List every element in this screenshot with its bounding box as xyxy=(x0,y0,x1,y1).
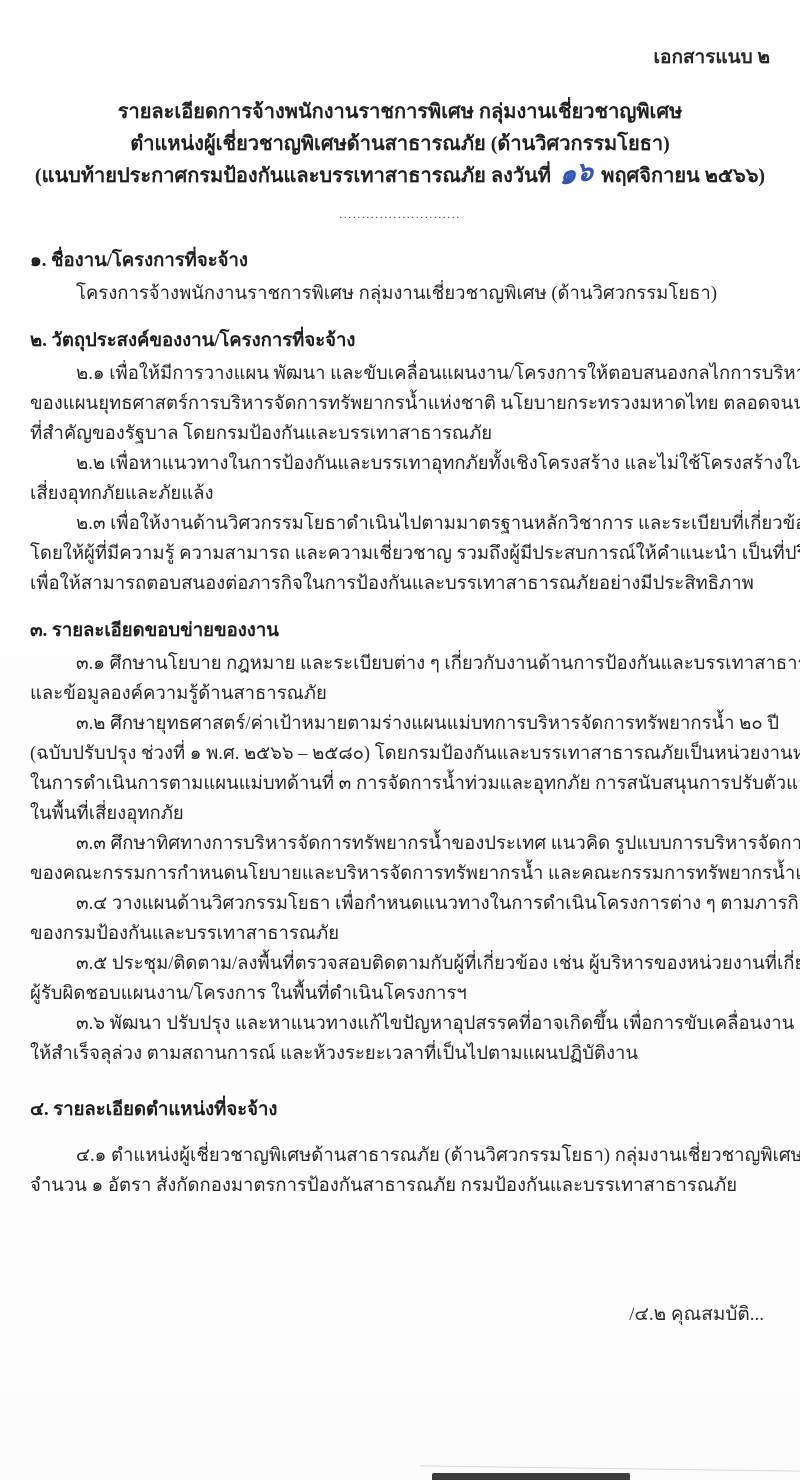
title-line-2: ตำแหน่งผู้เชี่ยวชาญพิเศษด้านสาธารณภัย (ด… xyxy=(30,128,770,160)
paragraph: ๓.๕ ประชุม/ติดตาม/ลงพื้นที่ตรวจสอบติดตาม… xyxy=(30,949,770,1009)
paragraph: โครงการจ้างพนักงานราชการพิเศษ กลุ่มงานเช… xyxy=(30,279,770,309)
section: ๓. รายละเอียดขอบข่ายของงาน๓.๑ ศึกษานโยบา… xyxy=(30,616,770,1069)
text-line: ๔.๑ ตำแหน่งผู้เชี่ยวชาญพิเศษด้านสาธารณภั… xyxy=(30,1141,770,1171)
section: ๔. รายละเอียดตำแหน่งที่จะจ้าง๔.๑ ตำแหน่ง… xyxy=(30,1095,770,1201)
scan-artifact-bar xyxy=(432,1473,630,1480)
text-line: เพื่อให้สามารถตอบสนองต่อภารกิจในการป้องก… xyxy=(30,569,770,599)
text-line: ในพื้นที่เสี่ยงอุทกภัย xyxy=(30,799,770,829)
text-line: ๒.๑ เพื่อให้มีการวางแผน พัฒนา และขับเคลื… xyxy=(30,359,770,389)
section-heading: ๑. ชื่องาน/โครงการที่จะจ้าง xyxy=(30,246,770,276)
paragraph: ๒.๒ เพื่อหาแนวทางในการป้องกันและบรรเทาอุ… xyxy=(30,449,770,509)
title-line-3-prefix: (แนบท้ายประกาศกรมป้องกันและบรรเทาสาธารณภ… xyxy=(35,165,551,187)
text-line: ๒.๓ เพื่อให้งานด้านวิศวกรรมโยธาดำเนินไปต… xyxy=(30,509,770,539)
paragraph: ๔.๑ ตำแหน่งผู้เชี่ยวชาญพิเศษด้านสาธารณภั… xyxy=(30,1141,770,1201)
text-line: ของแผนยุทธศาสตร์การบริหารจัดการทรัพยากรน… xyxy=(30,389,770,419)
document-title: รายละเอียดการจ้างพนักงานราชการพิเศษ กลุ่… xyxy=(30,96,770,192)
section: ๒. วัตถุประสงค์ของงาน/โครงการที่จะจ้าง๒.… xyxy=(30,326,770,599)
section-heading: ๓. รายละเอียดขอบข่ายของงาน xyxy=(30,616,770,646)
paragraph: ๓.๔ วางแผนด้านวิศวกรรมโยธา เพื่อกำหนดแนว… xyxy=(30,889,770,949)
paragraph: ๓.๑ ศึกษานโยบาย กฎหมาย และระเบียบต่าง ๆ … xyxy=(30,649,770,709)
paragraph: ๓.๒ ศึกษายุทธศาสตร์/ค่าเป้าหมายตามร่างแผ… xyxy=(30,709,770,829)
text-line: ผู้รับผิดชอบแผนงาน/โครงการ ในพื้นที่ดำเน… xyxy=(30,979,770,1009)
scan-artifact-line xyxy=(420,1465,800,1471)
paragraph: ๒.๑ เพื่อให้มีการวางแผน พัฒนา และขับเคลื… xyxy=(30,359,770,449)
text-line: ของคณะกรรมการกำหนดนโยบายและบริหารจัดการท… xyxy=(30,859,770,889)
title-line-3: (แนบท้ายประกาศกรมป้องกันและบรรเทาสาธารณภ… xyxy=(30,160,770,192)
text-line: ให้สำเร็จลุล่วง ตามสถานการณ์ และห้วงระยะ… xyxy=(30,1039,770,1069)
attachment-label: เอกสารแนบ ๒ xyxy=(30,0,770,70)
text-line: จำนวน ๑ อัตรา สังกัดกองมาตรการป้องกันสาธ… xyxy=(30,1171,770,1201)
dotted-separator: ........................... xyxy=(30,199,770,229)
text-line: ๓.๓ ศึกษาทิศทางการบริหารจัดการทรัพยากรน้… xyxy=(30,829,770,859)
title-line-1: รายละเอียดการจ้างพนักงานราชการพิเศษ กลุ่… xyxy=(30,96,770,128)
paragraph: ๓.๖ พัฒนา ปรับปรุง และหาแนวทางแก้ไขปัญหา… xyxy=(30,1009,770,1069)
text-line: ๒.๒ เพื่อหาแนวทางในการป้องกันและบรรเทาอุ… xyxy=(30,449,770,479)
section: ๑. ชื่องาน/โครงการที่จะจ้างโครงการจ้างพน… xyxy=(30,246,770,309)
text-line: โดยให้ผู้ที่มีความรู้ ความสามารถ และความ… xyxy=(30,539,770,569)
text-line: ๓.๖ พัฒนา ปรับปรุง และหาแนวทางแก้ไขปัญหา… xyxy=(30,1009,770,1039)
text-line: (ฉบับปรับปรุง ช่วงที่ ๑ พ.ศ. ๒๕๖๖ – ๒๕๘๐… xyxy=(30,739,770,769)
text-line: ๓.๒ ศึกษายุทธศาสตร์/ค่าเป้าหมายตามร่างแผ… xyxy=(30,709,770,739)
section-heading: ๔. รายละเอียดตำแหน่งที่จะจ้าง xyxy=(30,1095,770,1125)
text-line: ที่สำคัญของรัฐบาล โดยกรมป้องกันและบรรเทา… xyxy=(30,419,770,449)
continuation-note: /๔.๒ คุณสมบัติ... xyxy=(629,1300,764,1330)
text-line: ๓.๕ ประชุม/ติดตาม/ลงพื้นที่ตรวจสอบติดตาม… xyxy=(30,949,770,979)
title-line-3-suffix: พฤศจิกายน ๒๕๖๖) xyxy=(601,165,765,187)
text-line: เสี่ยงอุทกภัยและภัยแล้ง xyxy=(30,479,770,509)
sections: ๑. ชื่องาน/โครงการที่จะจ้างโครงการจ้างพน… xyxy=(30,246,770,1201)
text-line: ๓.๑ ศึกษานโยบาย กฎหมาย และระเบียบต่าง ๆ … xyxy=(30,649,770,679)
handwritten-date: ๑๖ xyxy=(559,161,593,187)
text-line: และข้อมูลองค์ความรู้ด้านสาธารณภัย xyxy=(30,679,770,709)
scanned-document-page: เอกสารแนบ ๒ รายละเอียดการจ้างพนักงานราชก… xyxy=(0,0,800,1480)
text-line: ในการดำเนินการตามแผนแม่บทด้านที่ ๓ การจั… xyxy=(30,769,770,799)
text-line: ของกรมป้องกันและบรรเทาสาธารณภัย xyxy=(30,919,770,949)
section-heading: ๒. วัตถุประสงค์ของงาน/โครงการที่จะจ้าง xyxy=(30,326,770,356)
text-line: ๓.๔ วางแผนด้านวิศวกรรมโยธา เพื่อกำหนดแนว… xyxy=(30,889,770,919)
paragraph: ๒.๓ เพื่อให้งานด้านวิศวกรรมโยธาดำเนินไปต… xyxy=(30,509,770,599)
text-line: โครงการจ้างพนักงานราชการพิเศษ กลุ่มงานเช… xyxy=(30,279,770,309)
paragraph: ๓.๓ ศึกษาทิศทางการบริหารจัดการทรัพยากรน้… xyxy=(30,829,770,889)
